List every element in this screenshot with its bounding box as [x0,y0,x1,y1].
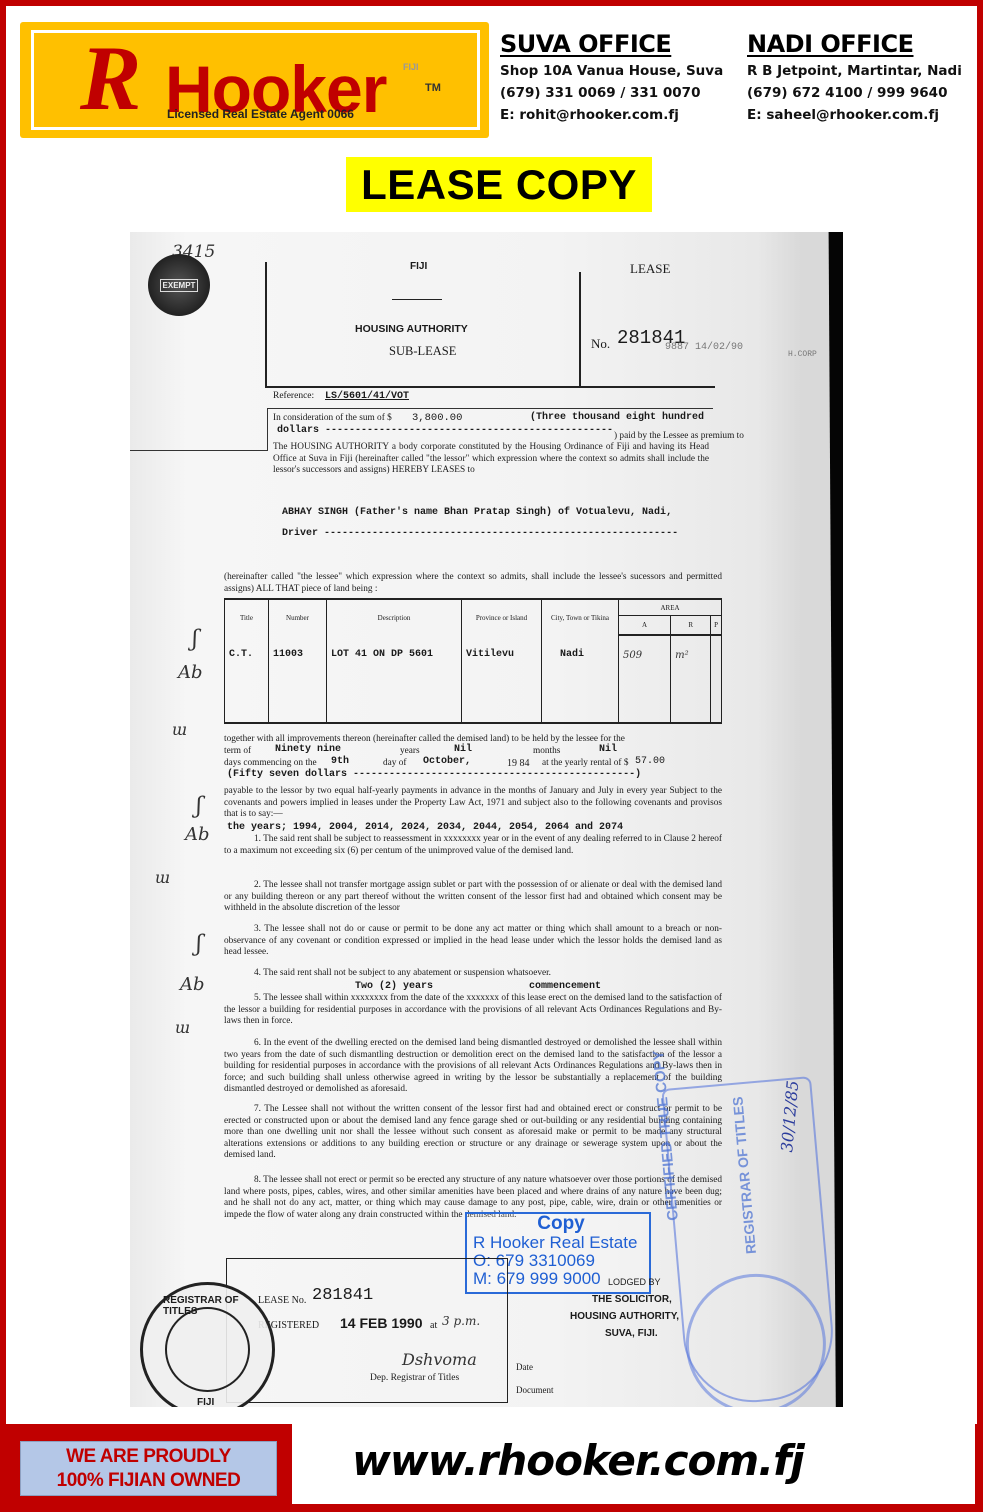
footer-red-strip [0,1504,983,1512]
date-label: Date [516,1362,533,1372]
margin-initial-icon: ʃ [192,627,198,652]
lessee-line: ABHAY SINGH (Father's name Bhan Pratap S… [282,507,672,518]
fijian-owned-badge: WE ARE PROUDLY 100% FIJIAN OWNED [20,1441,277,1496]
col-description: Description [327,599,462,635]
col-area-r: R [671,616,711,635]
doc-type: SUB-LEASE [389,344,456,359]
cell-number: 11003 [269,635,327,723]
rental-words: (Fifty seven dollars -------------------… [227,769,641,780]
col-number: Number [269,599,327,635]
exempt-stamp-text: EXEMPT [160,279,199,292]
header-divider [392,299,442,300]
margin-note: 9887 14/02/90 [665,342,743,353]
margin-initial-icon: Ab [180,974,205,995]
cell-province: Vitilevu [462,635,542,723]
authority-paragraph: The HOUSING AUTHORITY a body corporate c… [273,442,709,477]
certified-true-copy-stamp: CERTIFIED TRUE COPY REGISTRAR OF TITLES … [661,1076,838,1407]
copy-stamp-company: R Hooker Real Estate [473,1234,649,1252]
reference-box [130,408,268,451]
margin-initial-icon: Ab [178,662,203,683]
clause-7: 7. The Lessee shall not without the writ… [224,1104,722,1162]
cert-registrar-text: REGISTRAR OF TITLES [729,1096,759,1255]
margin-initial-icon: ʃ [196,932,202,957]
cell-description: LOT 41 ON DP 5601 [327,635,462,723]
days-label: days commencing on the [224,758,317,770]
consideration-words-2: dollars --------------------------------… [277,425,613,436]
exempt-stamp-icon: EXEMPT [148,254,210,316]
commence-year: 19 84 [507,758,530,770]
reg-at-label: at [430,1320,437,1331]
col-title: Title [225,599,269,635]
day-of-label: day of [383,758,407,770]
consideration-amount: 3,800.00 [412,412,462,424]
clause-3: 3. The lessee shall not do or cause or p… [224,924,722,959]
col-area-a: A [619,616,671,635]
header-divider [579,272,581,387]
seal-inner-ring [165,1307,250,1392]
paid-text: ) paid by the Lessee as premium to [614,431,744,443]
clause-4: 4. The said rent shall not be subject to… [224,968,722,980]
lessee-line-2: Driver ---------------------------------… [282,528,678,539]
commence-day: 9th [331,756,349,767]
reassess-years: the years; 1994, 2004, 2014, 2024, 2034,… [227,822,623,833]
office-title: NADI OFFICE [747,28,962,60]
document-label: Document [516,1385,554,1395]
registrar-seal-icon: REGISTRAR OF TITLES FIJI [140,1282,275,1407]
nadi-office: NADI OFFICE R B Jetpoint, Martintar, Nad… [747,28,962,126]
office-email[interactable]: E: saheel@rhooker.com.fj [747,104,962,126]
logo-country: FIJI [403,62,419,72]
seal-country: FIJI [197,1397,214,1407]
margin-initial-icon: ɯ [175,1018,190,1037]
clause-2: 2. The lessee shall not transfer mortgag… [224,880,722,915]
margin-initial-icon: ɯ [172,720,187,739]
consideration-intro: In consideration of the sum of $ [273,413,392,425]
term-days: Nil [599,744,617,755]
months-label: months [533,746,560,758]
doc-lease-label: LEASE [630,261,670,277]
cell-area-a: 509 [619,635,671,723]
reference-value: LS/5601/41/VOT [325,391,409,402]
doc-country: FIJI [410,261,427,272]
col-area: AREA [619,599,722,616]
clause-5-insert: Two (2) years commencement [355,981,601,992]
col-city: City, Town or Tikina [542,599,619,635]
proud-line-1: WE ARE PROUDLY [66,1445,231,1469]
registrar-signature-icon: Dshvoma [402,1350,477,1369]
cert-date: 30/12/85 [777,1080,802,1153]
website-link[interactable]: www.rhooker.com.fj [352,1436,804,1485]
term-label: term of [224,746,251,758]
suva-office: SUVA OFFICE Shop 10A Vanua House, Suva (… [500,28,723,126]
cert-seal-icon [680,1268,832,1407]
clause-6: 6. In the event of the dwelling erected … [224,1038,722,1096]
lease-copy-banner: LEASE COPY [346,157,652,212]
license-text: Licensed Real Estate Agent 0066 [167,107,354,121]
margin-initial-icon: ʃ [196,794,202,819]
table-row: C.T. 11003 LOT 41 ON DP 5601 Vitilevu Na… [225,635,722,723]
solicitor-line: THE SOLICITOR, [592,1294,672,1305]
office-email[interactable]: E: rohit@rhooker.com.fj [500,104,723,126]
consideration-words: (Three thousand eight hundred [530,412,704,423]
cell-city: Nadi [542,635,619,723]
payment-paragraph: payable to the lessor by two equal half-… [224,786,722,821]
solicitor-line: HOUSING AUTHORITY, [570,1311,679,1322]
years-label: years [400,746,420,758]
clause-5: 5. The lessee shall within xxxxxxxx from… [224,993,722,1028]
clause-1: 1. The said rent shall be subject to rea… [224,834,722,857]
rental-amount: 57.00 [635,756,665,767]
margin-initial-icon: ɯ [155,868,170,887]
col-province: Province or Island [462,599,542,635]
cell-area-p [711,635,722,723]
reg-lease-no: 281841 [312,1286,373,1305]
reg-date: 14 FEB 1990 [340,1315,423,1331]
reference-row: Reference: LS/5601/41/VOT [267,387,713,409]
doc-authority: HOUSING AUTHORITY [355,323,468,335]
margin-initial-icon: Ab [185,824,210,845]
office-address: R B Jetpoint, Martintar, Nadi [747,60,962,82]
lessee-paragraph: (hereinafter called "the lessee" which e… [224,572,722,595]
cell-area-r: m² [671,635,711,723]
header-divider [265,262,267,387]
proud-line-2: 100% FIJIAN OWNED [57,1469,241,1493]
lease-no-label: No. [591,336,610,352]
col-area-p: P [711,616,722,635]
reg-time: 3 p.m. [442,1314,480,1328]
office-phone[interactable]: (679) 672 4100 / 999 9640 [747,82,962,104]
scanned-lease-document: 3415 EXEMPT FIJI HOUSING AUTHORITY SUB-L… [130,232,843,1407]
footer-red-edge [975,1424,983,1512]
rental-label: at the yearly rental of $ [542,758,628,770]
term-months: Nil [454,744,472,755]
cell-title: C.T. [225,635,269,723]
office-address: Shop 10A Vanua House, Suva [500,60,723,82]
lodged-by-label: LODGED BY [608,1277,661,1287]
reference-label: Reference: [273,391,314,401]
margin-corp: H.CORP [788,350,817,359]
logo-r-mark-icon: R [80,32,141,124]
seal-text: REGISTRAR OF TITLES [163,1295,272,1317]
copy-stamp-title: Copy [473,1214,649,1234]
term-years: Ninety nine [275,744,341,755]
registrar-label: Dep. Registrar of Titles [370,1373,459,1383]
banner-title: LEASE COPY [361,161,637,209]
office-title: SUVA OFFICE [500,28,723,60]
office-phone[interactable]: (679) 331 0069 / 331 0070 [500,82,723,104]
land-table: Title Number Description Province or Isl… [224,598,722,724]
solicitor-line: SUVA, FIJI. [605,1328,658,1339]
commence-month: October, [423,756,471,767]
logo-trademark: TM [425,82,441,94]
